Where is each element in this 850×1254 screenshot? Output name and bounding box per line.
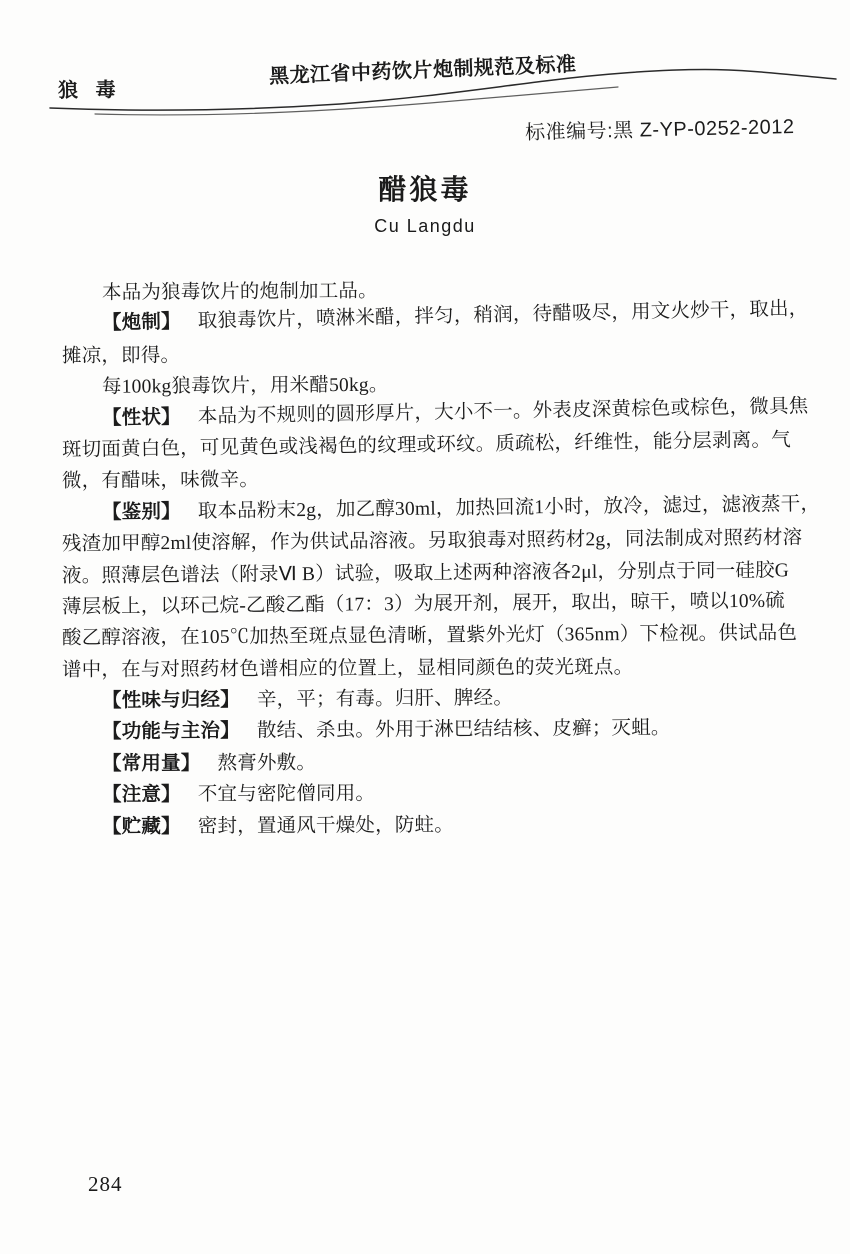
- line-text: 本品为狼毒饮片的炮制加工品。: [102, 281, 378, 304]
- body-line: 【贮藏】密封，置通风干燥处，防蛀。: [62, 808, 794, 843]
- title-block: 醋狼毒 Cu Langdu: [60, 168, 790, 237]
- monograph-title: 醋狼毒: [60, 168, 790, 208]
- body-line: 酸乙醇溶液，在105℃加热至斑点显色清晰，置紫外光灯（365nm）下检视。供试品…: [62, 618, 794, 655]
- body-line: 【注意】不宜与密陀僧同用。: [62, 776, 794, 811]
- line-text: 摊凉，即得。: [62, 345, 180, 367]
- line-text: 不宜与密陀僧同用。: [198, 784, 375, 806]
- page-number: 284: [88, 1172, 123, 1197]
- monograph-pinyin: Cu Langdu: [60, 216, 790, 237]
- running-head-center: 黑龙江省中药饮片炮制规范及标准: [268, 48, 576, 89]
- section-label: 【功能与主治】: [102, 720, 240, 743]
- body-line: 【常用量】熬膏外敷。: [62, 745, 794, 780]
- running-head-left: 狼 毒: [58, 73, 122, 103]
- section-label: 【注意】: [102, 784, 181, 806]
- line-text: 酸乙醇溶液，在105℃加热至斑点显色清晰，置紫外光灯（365nm）下检视。供试品…: [62, 623, 797, 649]
- standard-number: 标准编号:黑 Z-YP-0252-2012: [524, 110, 794, 145]
- monograph-body: 本品为狼毒饮片的炮制加工品。 【炮制】取狼毒饮片，喷淋米醋，拌匀，稍润，待醋吸尽…: [62, 278, 794, 843]
- line-text: 斑切面黄白色，可见黄色或浅褐色的纹理或环纹。质疏松，纤维性，能分层剥离。气: [62, 430, 791, 461]
- line-text: 辛，平；有毒。归肝、脾经。: [257, 688, 513, 711]
- section-label: 【鉴别】: [102, 500, 181, 523]
- body-line: 薄层板上，以环己烷-乙酸乙酯（17：3）为展开剂，展开，取出，晾干，喷以10%硫: [62, 586, 794, 624]
- section-label: 【炮制】: [102, 311, 181, 335]
- body-line: 【功能与主治】散结、杀虫。外用于淋巴结结核、皮癣；灭蛆。: [62, 712, 794, 749]
- body-line: 残渣加甲醇2ml使溶解，作为供试品溶液。另取狼毒对照药材2g，同法制成对照药材溶: [62, 523, 794, 561]
- section-label: 【性状】: [102, 405, 181, 428]
- line-text: 取本品粉末2g，加乙醇30ml，加热回流1小时，放冷，滤过，滤液蒸干，: [198, 493, 821, 522]
- line-text: 残渣加甲醇2ml使溶解，作为供试品溶液。另取狼毒对照药材2g，同法制成对照药材溶: [62, 528, 802, 555]
- line-text: 密封，置通风干燥处，防蛀。: [198, 815, 454, 837]
- line-text: 取狼毒饮片，喷淋米醋，拌匀，稍润，待醋吸尽，用文火炒干，取出，: [198, 299, 809, 333]
- line-text: 本品为不规则的圆形厚片，大小不一。外表皮深黄棕色或棕色，微具焦: [198, 396, 809, 428]
- document-page: 狼 毒 黑龙江省中药饮片炮制规范及标准 标准编号:黑 Z-YP-0252-201…: [0, 0, 850, 1254]
- section-label: 【性味与归经】: [102, 689, 240, 712]
- line-text: 熬膏外敷。: [217, 753, 316, 775]
- section-label: 【贮藏】: [102, 815, 181, 837]
- line-text: 液。照薄层色谱法（附录Ⅵ B）试验，吸取上述两种溶液各2μl，分别点于同一硅胶G: [62, 560, 789, 587]
- line-text: 散结、杀虫。外用于淋巴结结核、皮癣；灭蛆。: [257, 718, 671, 742]
- line-text: 谱中，在与对照药材色谱相应的位置上，显相同颜色的荧光斑点。: [62, 657, 633, 681]
- line-text: 每100kg狼毒饮片，用米醋50kg。: [102, 375, 389, 398]
- line-text: 薄层板上，以环己烷-乙酸乙酯（17：3）为展开剂，展开，取出，晾干，喷以10%硫: [62, 591, 785, 618]
- section-label: 【常用量】: [102, 752, 201, 775]
- line-text: 微，有醋味，味微辛。: [62, 470, 259, 492]
